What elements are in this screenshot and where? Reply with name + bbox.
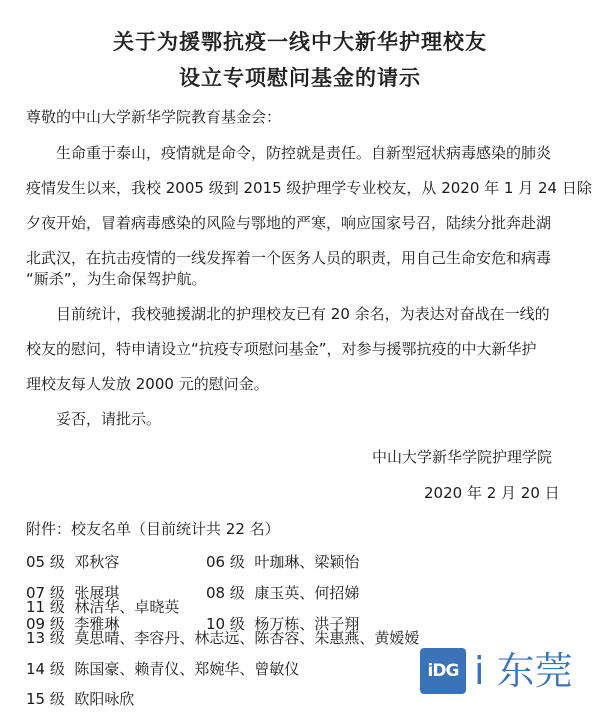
roster-grade: 11 级 — [26, 598, 65, 616]
roster-names: 欧阳咏欣 — [74, 690, 134, 708]
roster-grade: 14 级 — [26, 660, 65, 678]
roster-item: 13 级 莫思晴、李容丹、林志远、陈杏容、朱惠燕、黄嫒嫒 — [26, 627, 581, 648]
roster-item: 06 级 叶珈琳、梁颖怡 — [206, 551, 600, 572]
date: 2020 年 2 月 20 日 — [424, 482, 560, 503]
roster-grade: 13 级 — [26, 629, 65, 647]
document-title-line-1: 关于为援鄂抗疫一线中大新华护理校友 — [0, 26, 600, 56]
paragraph-2-line: 目前统计，我校驰援湖北的护理校友已有 20 余名，为表达对奋战在一线的 — [56, 303, 600, 324]
roster-names: 林洁华、卓晓英 — [74, 598, 179, 616]
signature: 中山大学新华学院护理学院 — [372, 446, 552, 467]
salutation: 尊敬的中山大学新华学院教育基金会： — [26, 106, 581, 127]
roster-names: 陈国豪、赖青仪、郑婉华、曾敏仪 — [74, 660, 299, 678]
roster-grade: 06 级 — [206, 553, 245, 571]
roster-names: 叶珈琳、梁颖怡 — [254, 553, 359, 571]
document-title-line-2: 设立专项慰问基金的请示 — [0, 62, 600, 92]
paragraph-2-line: 校友的慰问，特申请设立“抗疫专项慰问基金”，对参与援鄂抗疫的中大新华护 — [26, 338, 581, 359]
closing-line: 妥否，请批示。 — [56, 408, 600, 429]
roster-names: 邓秋容 — [74, 553, 119, 571]
roster-grade: 15 级 — [26, 690, 65, 708]
paragraph-2-line: 理校友每人发放 2000 元的慰问金。 — [26, 373, 581, 394]
paragraph-1-line: 疫情发生以来，我校 2005 级到 2015 级护理学专业校友，从 2020 年… — [26, 177, 581, 198]
attachment-header: 附件：校友名单（目前统计共 22 名） — [26, 518, 581, 539]
roster-item: 11 级 林洁华、卓晓英 — [26, 596, 581, 617]
paragraph-1-line: 北武汉，在抗击疫情的一线发挥着一个医务人员的职责，用自己生命安危和病毒 — [26, 247, 581, 268]
paragraph-1-line: “厮杀”，为生命保驾护航。 — [26, 268, 581, 289]
roster-grade: 05 级 — [26, 553, 65, 571]
watermark-logo: iDG i 东莞 — [420, 648, 573, 694]
roster-names: 莫思晴、李容丹、林志远、陈杏容、朱惠燕、黄嫒嫒 — [74, 629, 419, 647]
paragraph-1-line: 夕夜开始，冒着病毒感染的风险与鄂地的严寒，响应国家号召，陆续分批奔赴湖 — [26, 212, 581, 233]
paragraph-1-line: 生命重于泰山，疫情就是命令，防控就是责任。自新型冠状病毒感染的肺炎 — [56, 142, 600, 163]
watermark-text: i 东莞 — [474, 648, 573, 694]
idg-logo-icon: iDG — [420, 648, 466, 694]
